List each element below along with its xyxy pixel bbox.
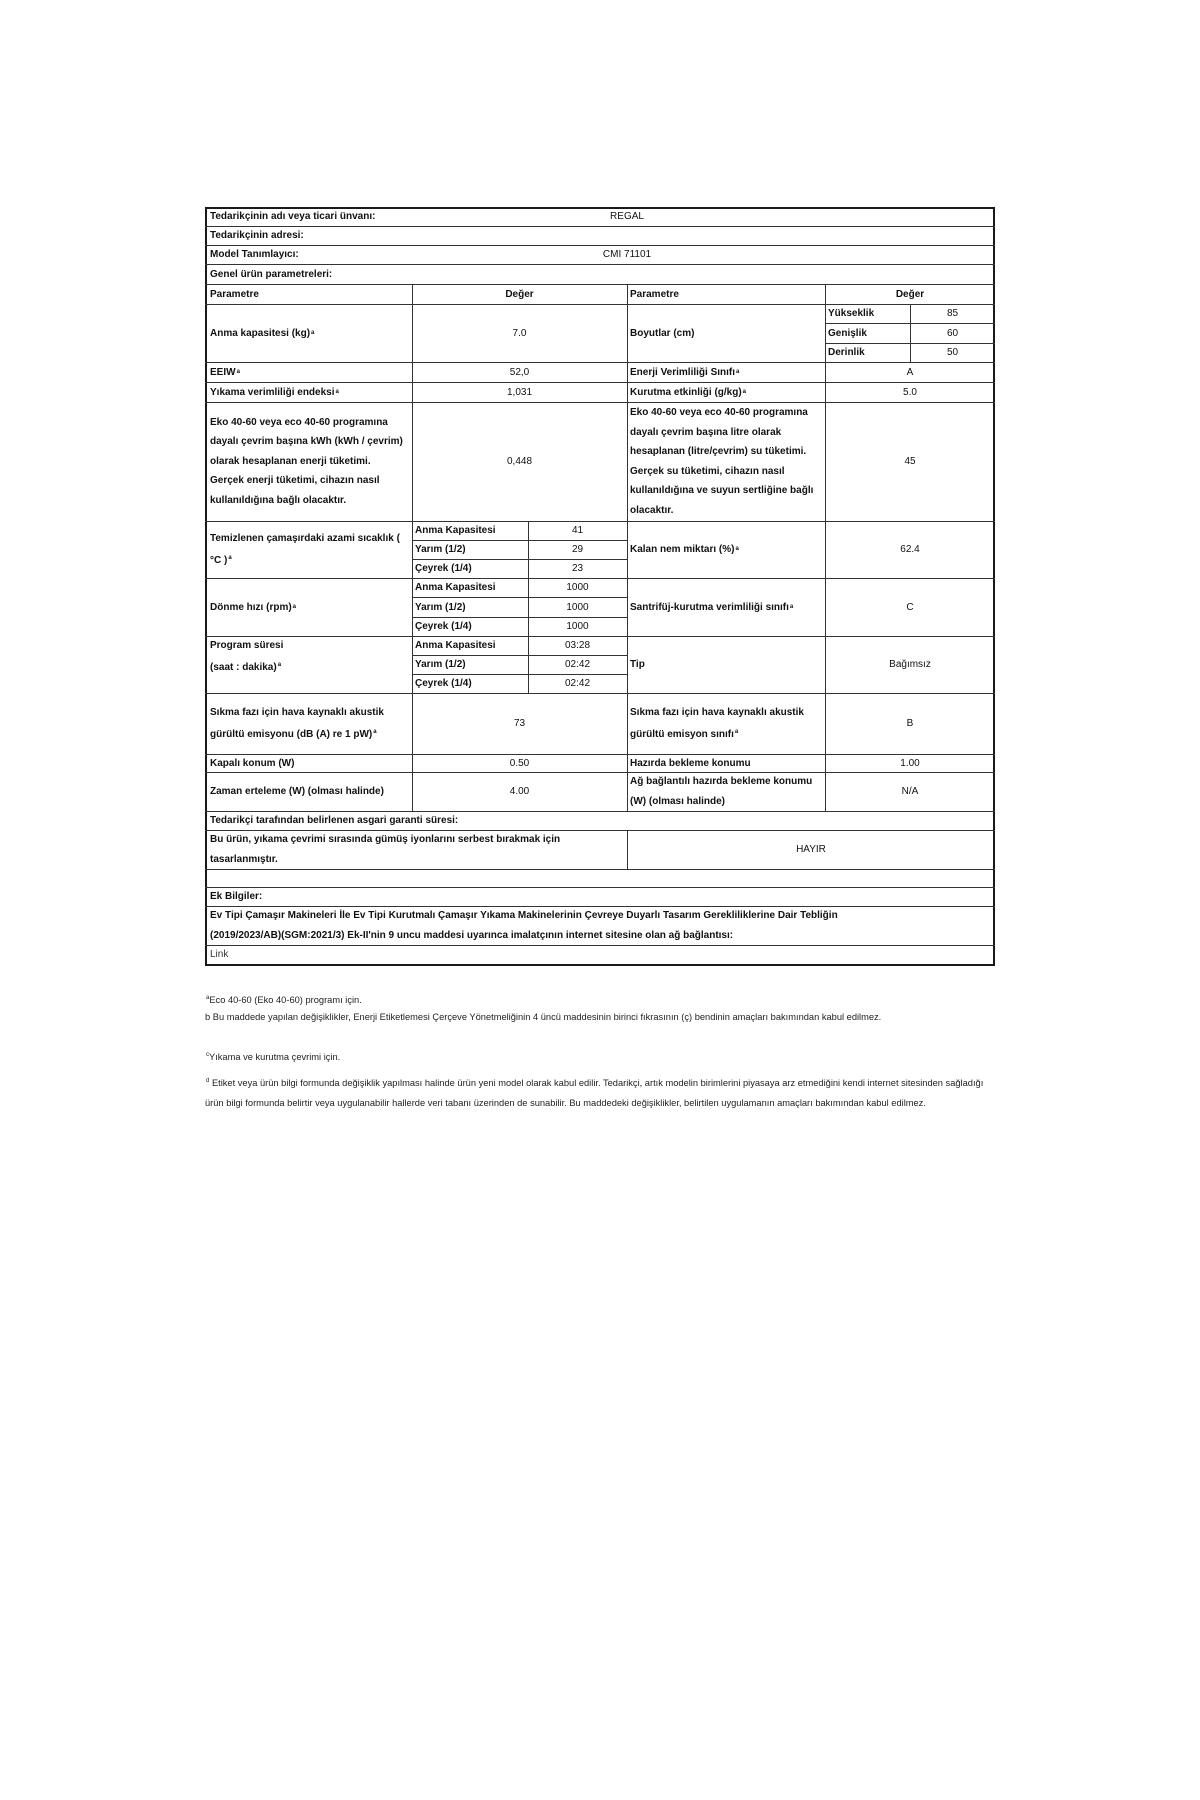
spin-sub-label: Yarım (1/2) (412, 597, 528, 617)
program-sub-label: Anma Kapasitesi (412, 636, 528, 655)
max-temp-sub-label: Çeyrek (1/4) (412, 559, 528, 578)
rated-capacity-value: 7.0 (412, 304, 627, 362)
max-temp-sub-value: 29 (528, 540, 627, 559)
depth-value: 50 (910, 343, 995, 362)
width-label: Genişlik (825, 323, 910, 343)
spin-sub-value: 1000 (528, 597, 627, 617)
max-temp-sub-label: Anma Kapasitesi (412, 521, 528, 540)
max-temp-sub-label: Yarım (1/2) (412, 540, 528, 559)
warranty-label: Tedarikçi tarafından belirlenen asgari g… (207, 811, 993, 830)
type-label: Tip (627, 636, 825, 693)
footnote-b: b Bu maddede yapılan değişiklikler, Ener… (205, 1008, 881, 1027)
rated-capacity-label: Anma kapasitesi (kg)a (207, 304, 412, 362)
width-value: 60 (910, 323, 995, 343)
header-param-left: Parametre (207, 284, 412, 304)
remaining-moisture-value: 62.4 (825, 521, 995, 578)
program-sub-label: Yarım (1/2) (412, 655, 528, 674)
water-consumption-value: 45 (825, 402, 995, 521)
standby-value: 1.00 (825, 754, 995, 772)
off-mode-value: 0.50 (412, 754, 627, 772)
header-param-right: Parametre (627, 284, 825, 304)
drying-efficiency-label: Kurutma etkinliği (g/kg)a (627, 382, 825, 402)
max-temp-sub-value: 41 (528, 521, 627, 540)
dimensions-label: Boyutlar (cm) (627, 304, 825, 362)
energy-class-label: Enerji Verimliliği Sınıfıa (627, 362, 825, 382)
spin-sub-value: 1000 (528, 617, 627, 636)
energy-consumption-label: Eko 40-60 veya eco 40-60 programına daya… (207, 402, 412, 521)
general-params-label: Genel ürün parametreleri: (207, 264, 627, 284)
depth-label: Derinlik (825, 343, 910, 362)
height-label: Yükseklik (825, 304, 910, 323)
remaining-moisture-label: Kalan nem miktarı (%)a (627, 521, 825, 578)
spin-sub-value: 1000 (528, 578, 627, 597)
washing-index-label: Yıkama verimliliği endeksia (207, 382, 412, 402)
program-duration-label: Program süresi (saat : dakika)a (207, 636, 412, 693)
height-value: 85 (910, 304, 995, 323)
silver-ions-label: Bu ürün, yıkama çevrimi sırasında gümüş … (207, 830, 627, 869)
program-sub-label: Çeyrek (1/4) (412, 674, 528, 693)
off-mode-label: Kapalı konum (W) (207, 754, 412, 772)
eeiw-value: 52,0 (412, 362, 627, 382)
energy-consumption-value: 0,448 (412, 402, 627, 521)
drying-efficiency-value: 5.0 (825, 382, 995, 402)
program-sub-value: 02:42 (528, 655, 627, 674)
program-sub-value: 03:28 (528, 636, 627, 655)
supplier-address-value (547, 226, 707, 245)
noise-class-label: Sıkma fazı için hava kaynaklı akustik gü… (627, 693, 825, 754)
model-value: CMI 71101 (547, 245, 707, 264)
footnote-a: aEco 40-60 (Eko 40-60) programı için. (205, 989, 362, 1010)
header-value-right: Değer (825, 284, 995, 304)
noise-emission-value: 73 (412, 693, 627, 754)
supplier-name-value: REGAL (547, 207, 707, 226)
spin-class-value: C (825, 578, 995, 636)
spin-sub-label: Anma Kapasitesi (412, 578, 528, 597)
delay-start-value: 4.00 (412, 772, 627, 811)
standby-label: Hazırda bekleme konumu (627, 754, 825, 772)
spin-sub-label: Çeyrek (1/4) (412, 617, 528, 636)
networked-standby-value: N/A (825, 772, 995, 811)
silver-ions-value: HAYIR (627, 830, 995, 869)
noise-emission-label: Sıkma fazı için hava kaynaklı akustik gü… (207, 693, 412, 754)
program-sub-value: 02:42 (528, 674, 627, 693)
max-temp-sub-value: 23 (528, 559, 627, 578)
networked-standby-label: Ağ bağlantılı hazırda bekleme konumu (W)… (627, 772, 825, 811)
washing-index-value: 1,031 (412, 382, 627, 402)
max-temperature-label: Temizlenen çamaşırdaki azami sıcaklık ( … (207, 521, 412, 578)
water-consumption-label: Eko 40-60 veya eco 40-60 programına daya… (627, 402, 825, 521)
eeiw-label: EEIWa (207, 362, 412, 382)
additional-info-label: Ek Bilgiler: (207, 887, 993, 906)
header-value-left: Değer (412, 284, 627, 304)
footnote-d: d Etiket veya ürün bilgi formunda değişi… (205, 1071, 995, 1113)
spin-class-label: Santrifüj-kurutma verimliliği sınıfıa (627, 578, 825, 636)
manufacturer-link[interactable]: Link (207, 945, 993, 964)
type-value: Bağımsız (825, 636, 995, 693)
energy-class-value: A (825, 362, 995, 382)
grid-line (205, 869, 995, 870)
delay-start-label: Zaman erteleme (W) (olması halinde) (207, 772, 412, 811)
footnote-c: cYıkama ve kurutma çevrimi için. (205, 1046, 340, 1067)
regulation-text: Ev Tipi Çamaşır Makineleri İle Ev Tipi K… (207, 906, 993, 945)
noise-class-value: B (825, 693, 995, 754)
spin-speed-label: Dönme hızı (rpm)a (207, 578, 412, 636)
